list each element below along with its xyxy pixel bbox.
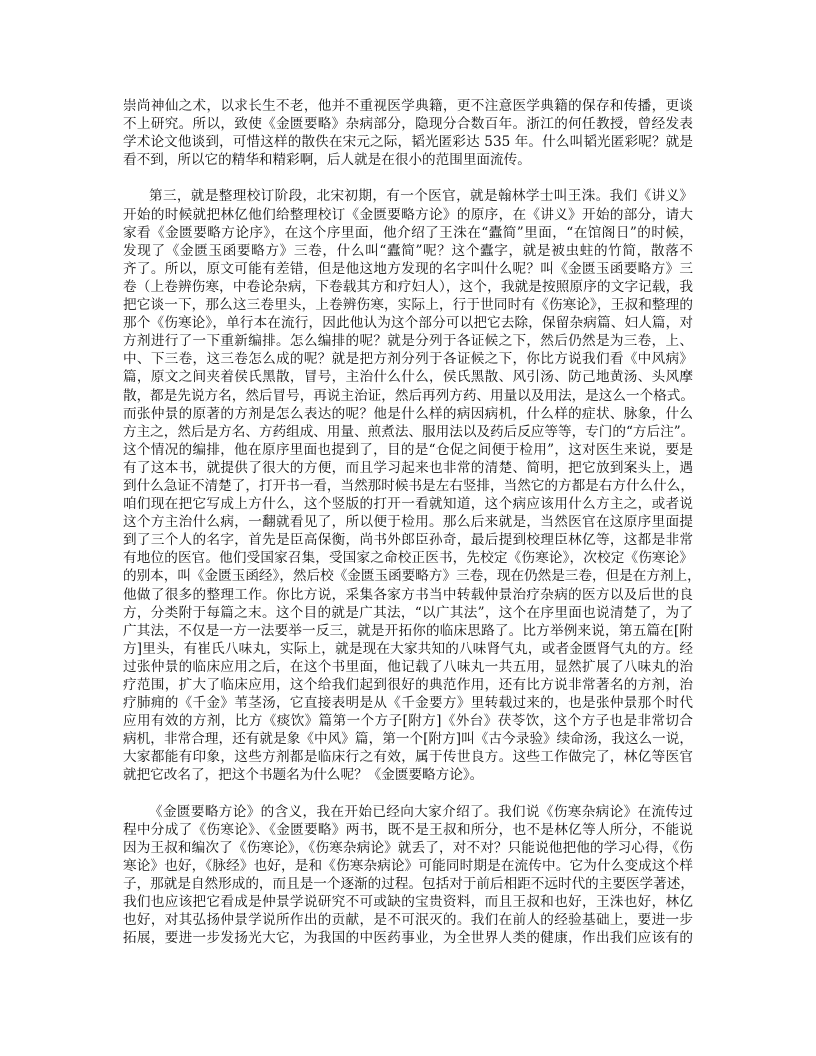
text-line: 疗肺痈的《千金》苇茎汤，它直接表明是从《千金要方》里转载过来的，也是张仲景那个时…	[123, 694, 693, 712]
text-line: 大家都能有印象，这些方剂都是临床行之有效，属于传世良方。这些工作做完了，林亿等医…	[123, 748, 693, 766]
text-line: 广其法，不仅是一方一法要举一反三，就是开拓你的临床思路了。比方举例来说，第五篇在…	[123, 622, 693, 640]
text-line: 应用有效的方剂，比方《痰饮》篇第一个方子[附方]《外台》茯苓饮，这个方子也是非常…	[123, 712, 693, 730]
body-text: 崇尚神仙之术，以求长生不老，他并不重视医学典籍，更不注意医学典籍的保存和传播，更…	[123, 97, 693, 966]
text-line: 方，分类附于每篇之末。这个目的就是广其法，“以广其法”，这个在序里面也说清楚了，…	[123, 604, 693, 622]
text-line: 把它谈一下，那么这三卷里头，上卷辨伤寒，实际上，行于世同时有《伤寒论》，王叔和整…	[123, 296, 693, 314]
text-line: 因为王叔和编次了《伤寒论》，《伤寒杂病论》就丢了，对不对？只能说他把他的学习心得…	[123, 839, 693, 857]
text-line: 到什么急证不清楚了，打开书一看，当然那时候书是左右竖排，当然它的方都是右方什么什…	[123, 477, 693, 495]
text-line: 程中分成了《伤寒论》、《金匮要略》两书，既不是王叔和所分，也不是林亿等人所分，不…	[123, 821, 693, 839]
text-line: 方主之，然后是方名、方药组成、用量、煎煮法、服用法以及药后反应等等，专门的“方后…	[123, 423, 693, 441]
text-line: 中、下三卷，这三卷怎么成的呢？就是把方剂分列于各证候之下，你比方说我们看《中风病…	[123, 350, 693, 368]
text-line: 学术论文他谈到，可惜这样的散佚在宋元之际，韬光匿彩达 535 年。什么叫韬光匿彩…	[123, 133, 693, 151]
text-line: 疗范围，扩大了临床应用，这个给我们起到很好的典范作用，还有比方说非常著名的方剂，…	[123, 676, 693, 694]
text-line: 我们也应该把它看成是仲景学说研究不可或缺的宝贵资料，而且王叔和也好，王洙也好，林…	[123, 893, 693, 911]
text-line: 篇，原文之间夹着侯氏黑散，冒号，主治什么什么，侯氏黑散、风引汤、防己地黄汤、头风…	[123, 368, 693, 386]
paragraph-3: 《金匮要略方论》的含义，我在开始已经向大家介绍了。我们说《伤寒杂病论》在流传过 …	[123, 803, 693, 948]
text-line: 看不到，所以它的精华和精彩啊，后人就是在很小的范围里面流传。	[123, 151, 693, 169]
text-line: 他做了很多的整理工作。你比方说，采集各家方书当中转载仲景治疗杂病的医方以及后世的…	[123, 586, 693, 604]
paragraph-1: 崇尚神仙之术，以求长生不老，他并不重视医学典籍，更不注意医学典籍的保存和传播，更…	[123, 97, 693, 169]
text-line: 不上研究。所以，致使《金匮要略》杂病部分，隐现分合数百年。浙江的何任教授，曾经发…	[123, 115, 693, 133]
text-line: 齐了。所以，原文可能有差错，但是他这地方发现的名字叫什么呢？叫《金匮玉函要略方》…	[123, 260, 693, 278]
text-line: 发现了《金匮玉函要略方》三卷，什么叫“蠹简”呢？这个蠹字，就是被虫蛀的竹简，散落…	[123, 242, 693, 260]
text-line: 咱们现在把它写成上方什么，这个竖版的打开一看就知道，这个病应该用什么方主之，或者…	[123, 495, 693, 513]
text-line: 有了这本书，就提供了很大的方便，而且学习起来也非常的清楚、简明，把它放到案头上，…	[123, 459, 693, 477]
document-page: 崇尚神仙之术，以求长生不老，他并不重视医学典籍，更不注意医学典籍的保存和传播，更…	[0, 0, 816, 1056]
paragraph-2: 第三，就是整理校订阶段，北宋初期，有一个医官，就是翰林学士叫王洙。我们《讲义》 …	[123, 187, 693, 784]
text-line: 方]里头，有崔氏八味丸，实际上，就是现在大家共知的八味肾气丸，或者金匮肾气丸的方…	[123, 640, 693, 658]
text-line: 的别本，叫《金匮玉函经》，然后校《金匮玉函要略方》三卷，现在仍然是三卷，但是在方…	[123, 567, 693, 585]
text-line: 散，都是先说方名，然后冒号，再说主治证，然后再列方药、用量以及用法，是这么一个格…	[123, 387, 693, 405]
text-line: 拓展，要进一步发扬光大它，为我国的中医药事业，为全世界人类的健康，作出我们应该有…	[123, 929, 693, 947]
text-line: 有地位的医官。他们受国家召集，受国家之命校正医书，先校定《伤寒论》，次校定《伤寒…	[123, 549, 693, 567]
text-line: 子，那就是自然形成的，而且是一个逐渐的过程。包括对于前后相距不远时代的主要医学著…	[123, 875, 693, 893]
text-line: 家看《金匮要略方论序》，在这个序里面，他介绍了王洙在“蠹简”里面，“在馆阁日”的…	[123, 224, 693, 242]
text-line: 崇尚神仙之术，以求长生不老，他并不重视医学典籍，更不注意医学典籍的保存和传播，更…	[123, 97, 693, 115]
text-line: 这个方主治什么病，一翻就看见了，所以便于检用。那么后来就是，当然医官在这原序里面…	[123, 513, 693, 531]
text-line: 而张仲景的原著的方剂是怎么表达的呢？他是什么样的病因病机，什么样的症状、脉象，什…	[123, 405, 693, 423]
text-line: 就把它改名了，把这个书题名为什么呢？《金匮要略方论》。	[123, 766, 693, 784]
text-line: 这个情况的编排，他在原序里面也提到了，目的是“仓促之间便于检用”，这对医生来说，…	[123, 441, 693, 459]
text-line: 病机，非常合理，还有就是象《中风》篇，第一个[附方]叫《古今录验》续命汤，我这么…	[123, 730, 693, 748]
text-line: 卷（上卷辨伤寒，中卷论杂病，下卷载其方和疗妇人），这个，我就是按照原序的文字记载…	[123, 278, 693, 296]
text-line: 过张仲景的临床应用之后，在这个书里面，他记载了八味丸一共五用，显然扩展了八味丸的…	[123, 658, 693, 676]
text-line: 寒论》也好，《脉经》也好，是和《伤寒杂病论》可能同时期是在流传中。它为什么变成这…	[123, 857, 693, 875]
text-line: 第三，就是整理校订阶段，北宋初期，有一个医官，就是翰林学士叫王洙。我们《讲义》	[123, 187, 693, 205]
text-line: 那个《伤寒论》，单行本在流行，因此他认为这个部分可以把它去除，保留杂病篇、妇人篇…	[123, 314, 693, 332]
text-line: 开始的时候就把林亿他们给整理校订《金匮要略方论》的原序，在《讲义》开始的部分，请…	[123, 206, 693, 224]
text-line: 方剂进行了一下重新编排。怎么编排的呢？就是分列于各证候之下，然后仍然是为三卷，上…	[123, 332, 693, 350]
text-line: 也好，对其弘扬仲景学说所作出的贡献，是不可泯灭的。我们在前人的经验基础上，要进一…	[123, 911, 693, 929]
text-line: 到了三个人的名字，首先是臣高保衡，尚书外郎臣孙奇，最后提到校理臣林亿等，这都是非…	[123, 531, 693, 549]
text-line: 《金匮要略方论》的含义，我在开始已经向大家介绍了。我们说《伤寒杂病论》在流传过	[123, 803, 693, 821]
